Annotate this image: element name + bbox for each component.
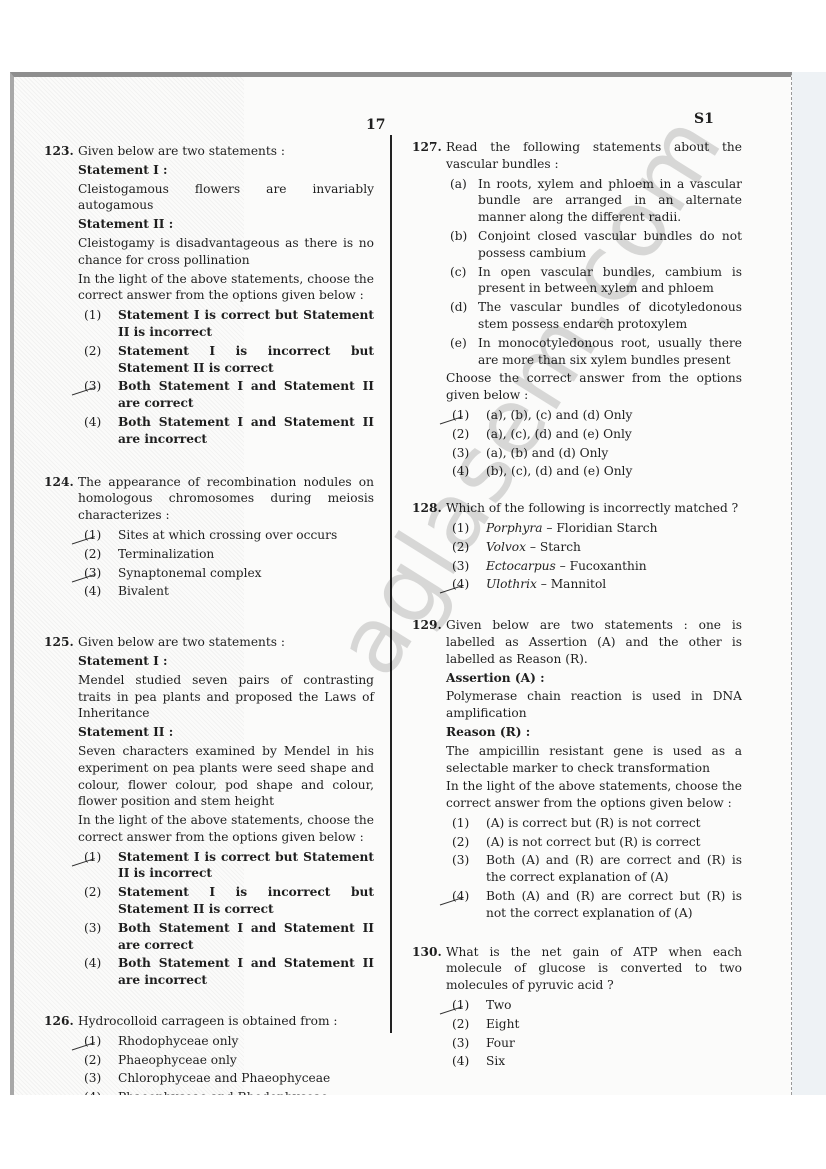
statement-2-label: Statement II : — [78, 724, 374, 741]
question-text: What is the net gain of ATP when each mo… — [446, 944, 742, 994]
question-number: 126. — [44, 1013, 74, 1030]
option-1[interactable]: (1)Porphyra – Floridian Starch — [446, 520, 742, 537]
option-2[interactable]: (2)(a), (c), (d) and (e) Only — [446, 426, 742, 443]
options-list: (1)Statement I is correct but Statement … — [78, 307, 374, 447]
question-130: 130. What is the net gain of ATP when ea… — [412, 944, 742, 1071]
option-1[interactable]: (1)Two — [446, 997, 742, 1014]
option-4[interactable]: (4)Bivalent — [78, 583, 374, 600]
statement-1-text: Mendel studied seven pairs of contrastin… — [78, 672, 374, 722]
page-number: 17 — [366, 117, 385, 133]
question-number: 130. — [412, 944, 442, 961]
statement-c: (c)In open vascular bundles, cambium is … — [446, 264, 742, 298]
option-3[interactable]: (3)Both (A) and (R) are correct and (R) … — [446, 852, 742, 886]
option-4[interactable]: (4)(b), (c), (d) and (e) Only — [446, 463, 742, 480]
assertion-label: Assertion (A) : — [446, 670, 742, 687]
options-list: (1)Porphyra – Floridian Starch (2)Volvox… — [446, 520, 742, 593]
column-divider — [390, 135, 392, 1033]
option-2[interactable]: (2)Phaeophyceae only — [78, 1052, 374, 1069]
options-list: (1)Statement I is correct but Statement … — [78, 849, 374, 989]
option-2[interactable]: (2)Terminalization — [78, 546, 374, 563]
question-text: Hydrocolloid carrageen is obtained from … — [78, 1013, 374, 1030]
option-3[interactable]: (3)Ectocarpus – Fucoxanthin — [446, 558, 742, 575]
question-129: 129. Given below are two statements : on… — [412, 617, 742, 922]
question-text: Given below are two statements : — [78, 143, 374, 160]
statement-d: (d)The vascular bundles of dicotyledonou… — [446, 299, 742, 333]
option-1[interactable]: (1)(a), (b), (c) and (d) Only — [446, 407, 742, 424]
question-127: 127. Read the following statements about… — [412, 139, 742, 480]
options-list: (1)Two (2)Eight (3)Four (4)Six — [446, 997, 742, 1070]
question-text: Which of the following is incorrectly ma… — [446, 500, 742, 517]
question-number: 129. — [412, 617, 442, 634]
instruction: In the light of the above statements, ch… — [78, 812, 374, 846]
option-3[interactable]: (3)Both Statement I and Statement II are… — [78, 920, 374, 954]
option-3[interactable]: (3)Four — [446, 1035, 742, 1052]
options-list: (1)(a), (b), (c) and (d) Only (2)(a), (c… — [446, 407, 742, 480]
series-code: S1 — [694, 111, 714, 127]
statement-b: (b)Conjoint closed vascular bundles do n… — [446, 228, 742, 262]
right-column: 127. Read the following statements about… — [412, 139, 742, 1072]
question-text: Given below are two statements : one is … — [446, 617, 742, 667]
question-text: The appearance of recombination nodules … — [78, 474, 374, 524]
option-4[interactable]: (4)Both Statement I and Statement II are… — [78, 414, 374, 448]
statement-1-text: Cleistogamous flowers are invariably aut… — [78, 181, 374, 215]
viewer-side-strip — [792, 72, 826, 1095]
option-1[interactable]: (1)Statement I is correct but Statement … — [78, 307, 374, 341]
options-list: (1)Rhodophyceae only (2)Phaeophyceae onl… — [78, 1033, 374, 1095]
option-4[interactable]: (4)Both (A) and (R) are correct but (R) … — [446, 888, 742, 922]
statements-list: (a)In roots, xylem and phloem in a vascu… — [446, 176, 742, 369]
question-126: 126. Hydrocolloid carrageen is obtained … — [44, 1013, 374, 1095]
option-1[interactable]: (1)Statement I is correct but Statement … — [78, 849, 374, 883]
statement-1-label: Statement I : — [78, 653, 374, 670]
question-number: 128. — [412, 500, 442, 517]
options-list: (1)Sites at which crossing over occurs (… — [78, 527, 374, 600]
option-2[interactable]: (2)Statement I is incorrect but Statemen… — [78, 343, 374, 377]
option-1[interactable]: (1)Sites at which crossing over occurs — [78, 527, 374, 544]
option-4[interactable]: (4)Both Statement I and Statement II are… — [78, 955, 374, 989]
option-1[interactable]: (1)Rhodophyceae only — [78, 1033, 374, 1050]
statement-2-label: Statement II : — [78, 216, 374, 233]
question-number: 124. — [44, 474, 74, 491]
question-number: 123. — [44, 143, 74, 160]
question-124: 124. The appearance of recombination nod… — [44, 474, 374, 601]
instruction: Choose the correct answer from the optio… — [446, 370, 742, 404]
statement-a: (a)In roots, xylem and phloem in a vascu… — [446, 176, 742, 226]
question-123: 123. Given below are two statements : St… — [44, 143, 374, 448]
options-list: (1)(A) is correct but (R) is not correct… — [446, 815, 742, 922]
option-2[interactable]: (2)Statement I is incorrect but Statemen… — [78, 884, 374, 918]
question-number: 125. — [44, 634, 74, 651]
option-2[interactable]: (2)Eight — [446, 1016, 742, 1033]
question-text: Read the following statements about the … — [446, 139, 742, 173]
question-text: Given below are two statements : — [78, 634, 374, 651]
option-3[interactable]: (3)(a), (b) and (d) Only — [446, 445, 742, 462]
question-128: 128. Which of the following is incorrect… — [412, 500, 742, 593]
option-4[interactable]: (4)Six — [446, 1053, 742, 1070]
reason-label: Reason (R) : — [446, 724, 742, 741]
reason-text: The ampicillin resistant gene is used as… — [446, 743, 742, 777]
option-1[interactable]: (1)(A) is correct but (R) is not correct — [446, 815, 742, 832]
instruction: In the light of the above statements, ch… — [78, 271, 374, 305]
option-2[interactable]: (2)(A) is not correct but (R) is correct — [446, 834, 742, 851]
statement-1-label: Statement I : — [78, 162, 374, 179]
option-3[interactable]: (3)Synaptonemal complex — [78, 565, 374, 582]
instruction: In the light of the above statements, ch… — [446, 778, 742, 812]
option-3[interactable]: (3)Both Statement I and Statement II are… — [78, 378, 374, 412]
option-2[interactable]: (2)Volvox – Starch — [446, 539, 742, 556]
statement-2-text: Seven characters examined by Mendel in h… — [78, 743, 374, 810]
statement-2-text: Cleistogamy is disadvantageous as there … — [78, 235, 374, 269]
statement-e: (e)In monocotyledonous root, usually the… — [446, 335, 742, 369]
question-125: 125. Given below are two statements : St… — [44, 634, 374, 989]
exam-page: 17 S1 123. Given below are two statement… — [10, 72, 792, 1095]
option-3[interactable]: (3)Chlorophyceae and Phaeophyceae — [78, 1070, 374, 1087]
assertion-text: Polymerase chain reaction is used in DNA… — [446, 688, 742, 722]
option-4[interactable]: (4)Phaeophyceae and Rhodophyceae — [78, 1089, 374, 1095]
left-column: 123. Given below are two statements : St… — [44, 139, 374, 1095]
option-4[interactable]: (4)Ulothrix – Mannitol — [446, 576, 742, 593]
question-number: 127. — [412, 139, 442, 156]
